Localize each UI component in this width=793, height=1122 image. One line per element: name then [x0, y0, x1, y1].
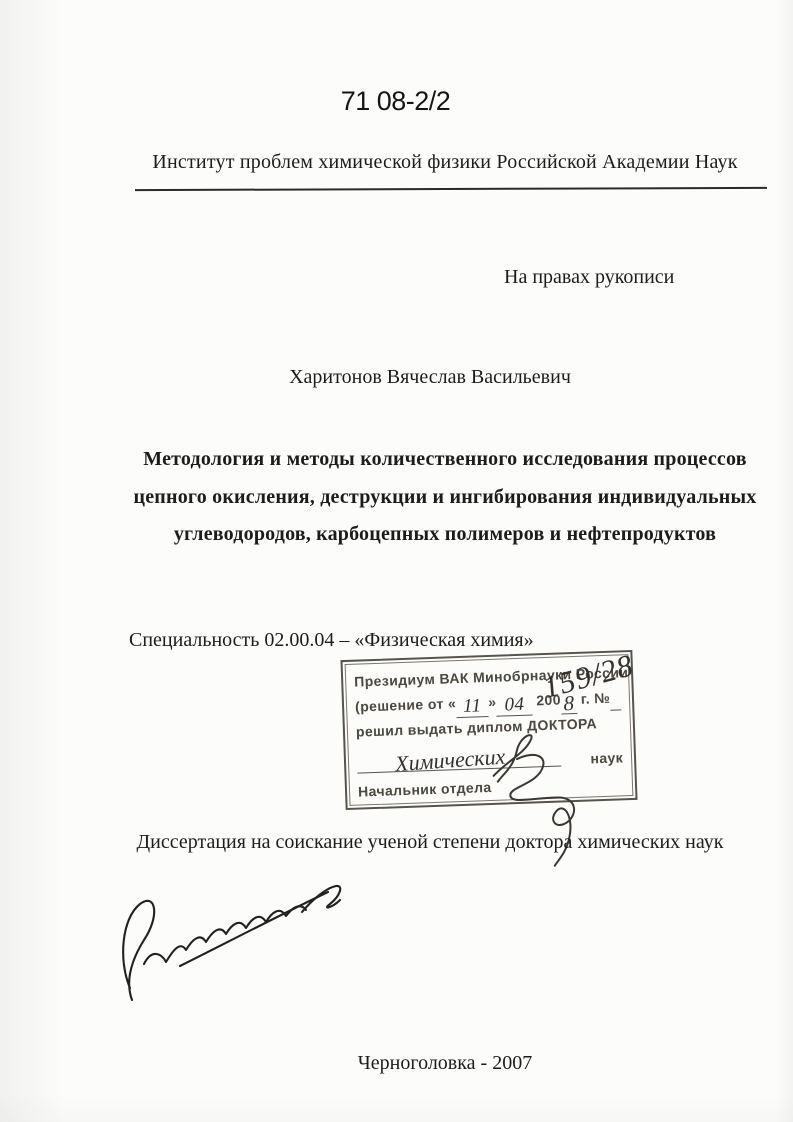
- manuscript-rights-note: На правах рукописи: [504, 266, 674, 289]
- stamp-number-blank: [610, 691, 621, 710]
- author-name: Харитонов Вячеслав Васильевич: [85, 366, 775, 389]
- institute-name: Институт проблем химической физики Росси…: [85, 151, 793, 174]
- dissertation-title: Методология и методы количественного исс…: [70, 441, 793, 554]
- specialty-line: Специальность 02.00.04 – «Физическая хим…: [129, 629, 534, 652]
- title-line-3: углеводородов, карбоцепных полимеров и н…: [70, 516, 793, 554]
- stamp-inner-border: Президиум ВАК Минобрнауки России (решени…: [345, 654, 634, 806]
- title-line-2: цепного окисления, деструкции и ингибиро…: [70, 479, 793, 517]
- institute-underline: [135, 187, 767, 191]
- stamp-decision-prefix: (решение от «: [355, 691, 457, 720]
- dissertation-statement: Диссертация на соискание ученой степени …: [80, 831, 780, 854]
- catalog-number: 71 08-2/2: [0, 86, 792, 117]
- city-and-year: Черноголовка - 2007: [85, 1052, 793, 1075]
- stamp-handwritten-month: 04: [496, 694, 533, 716]
- dissertation-title-page: 71 08-2/2 Институт проблем химической фи…: [0, 0, 793, 1122]
- vak-approval-stamp: Президиум ВАК Минобрнауки России (решени…: [340, 650, 637, 810]
- title-line-1: Методология и методы количественного исс…: [70, 441, 793, 479]
- author-signature: [88, 860, 388, 1010]
- stamp-handwritten-day: 11: [456, 696, 489, 718]
